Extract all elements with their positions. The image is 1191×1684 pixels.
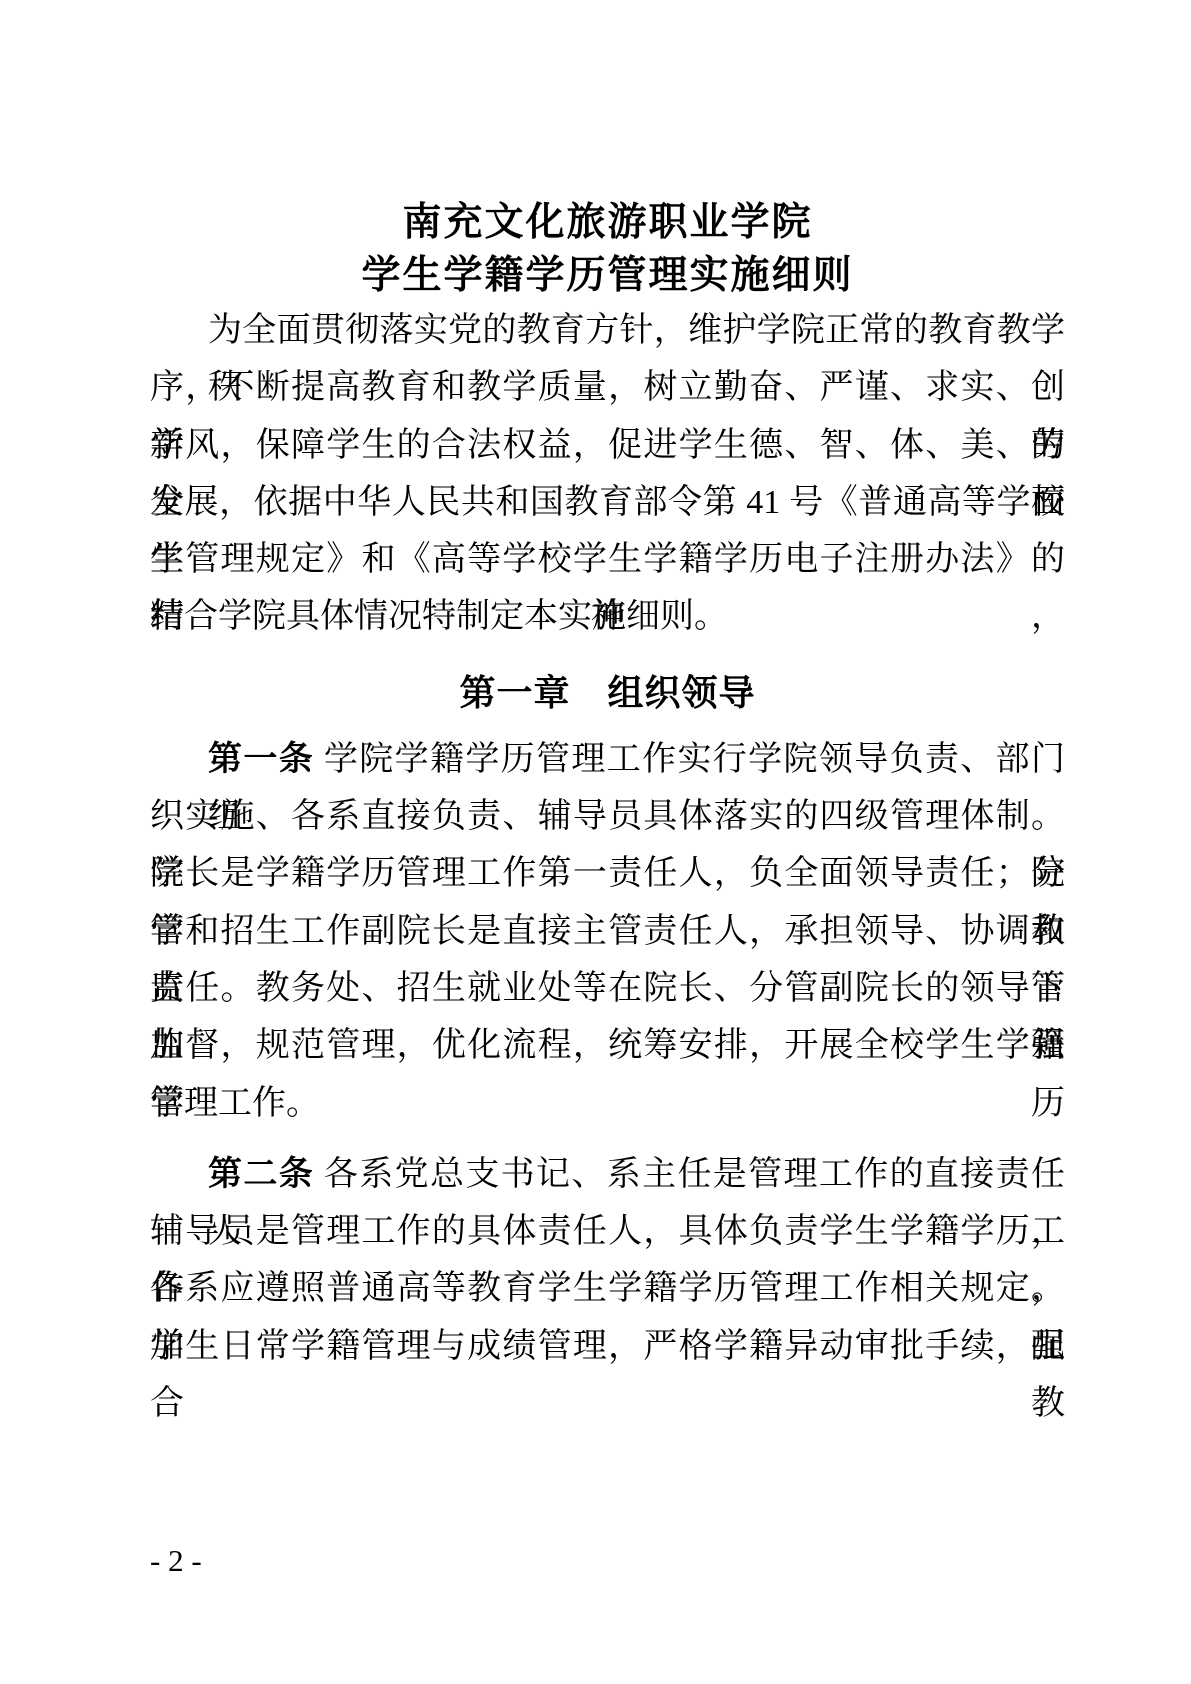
article-1-line: 学和招生工作副院长是直接主管责任人，承担领导、协调和监管 xyxy=(150,903,1065,960)
article-1-line: 院长是学籍学历管理工作第一责任人，负全面领导责任；分管教 xyxy=(150,845,1065,902)
document-page: 南充文化旅游职业学院 学生学籍学历管理实施细则 为全面贯彻落实党的教育方针，维护… xyxy=(0,0,1191,1684)
article-1-line: 织实施、各系直接负责、辅导员具体落实的四级管理体制。学院 xyxy=(150,788,1065,845)
article-1-line: 监督，规范管理，优化流程，统筹安排，开展全校学生学籍学历 xyxy=(150,1017,1065,1074)
document-title-line1: 南充文化旅游职业学院 xyxy=(150,196,1065,249)
document-title-line2: 学生学籍学历管理实施细则 xyxy=(150,249,1065,302)
intro-line: 生管理规定》和《高等学校学生学籍学历电子注册办法》的精神， xyxy=(150,531,1065,588)
article-1-line: 责任。教务处、招生就业处等在院长、分管副院长的领导下加强 xyxy=(150,960,1065,1017)
intro-line: 学风，保障学生的合法权益，促进学生德、智、体、美、劳全面 xyxy=(150,417,1065,474)
article-2-line: 第二条 各系党总支书记、系主任是管理工作的直接责任人， xyxy=(150,1146,1065,1203)
intro-line: 序，不断提高教育和教学质量，树立勤奋、严谨、求实、创新的 xyxy=(150,359,1065,416)
article-1-label: 第一条 xyxy=(208,740,314,778)
article-2-line: 学生日常学籍管理与成绩管理，严格学籍异动审批手续，配合教 xyxy=(150,1318,1065,1375)
intro-line: 为全面贯彻落实党的教育方针，维护学院正常的教育教学秩 xyxy=(150,302,1065,359)
article-2-label: 第二条 xyxy=(208,1155,314,1193)
article-1-paragraph: 第一条 学院学籍学历管理工作实行学院领导负责、部门组 织实施、各系直接负责、辅导… xyxy=(150,731,1065,1132)
article-2-paragraph: 第二条 各系党总支书记、系主任是管理工作的直接责任人， 辅导员是管理工作的具体责… xyxy=(150,1146,1065,1375)
document-title: 南充文化旅游职业学院 学生学籍学历管理实施细则 xyxy=(150,196,1065,302)
chapter-1-heading: 第一章 组织领导 xyxy=(150,664,1065,721)
article-2-line: 各系应遵照普通高等教育学生学籍学历管理工作相关规定，加强 xyxy=(150,1260,1065,1317)
intro-line: 发展，依据中华人民共和国教育部令第 41 号《普通高等学校学 xyxy=(150,474,1065,531)
page-number: - 2 - xyxy=(150,1544,202,1578)
intro-paragraph: 为全面贯彻落实党的教育方针，维护学院正常的教育教学秩 序，不断提高教育和教学质量… xyxy=(150,302,1065,646)
article-2-line: 辅导员是管理工作的具体责任人，具体负责学生学籍学历工作。 xyxy=(150,1203,1065,1260)
article-1-line: 第一条 学院学籍学历管理工作实行学院领导负责、部门组 xyxy=(150,731,1065,788)
